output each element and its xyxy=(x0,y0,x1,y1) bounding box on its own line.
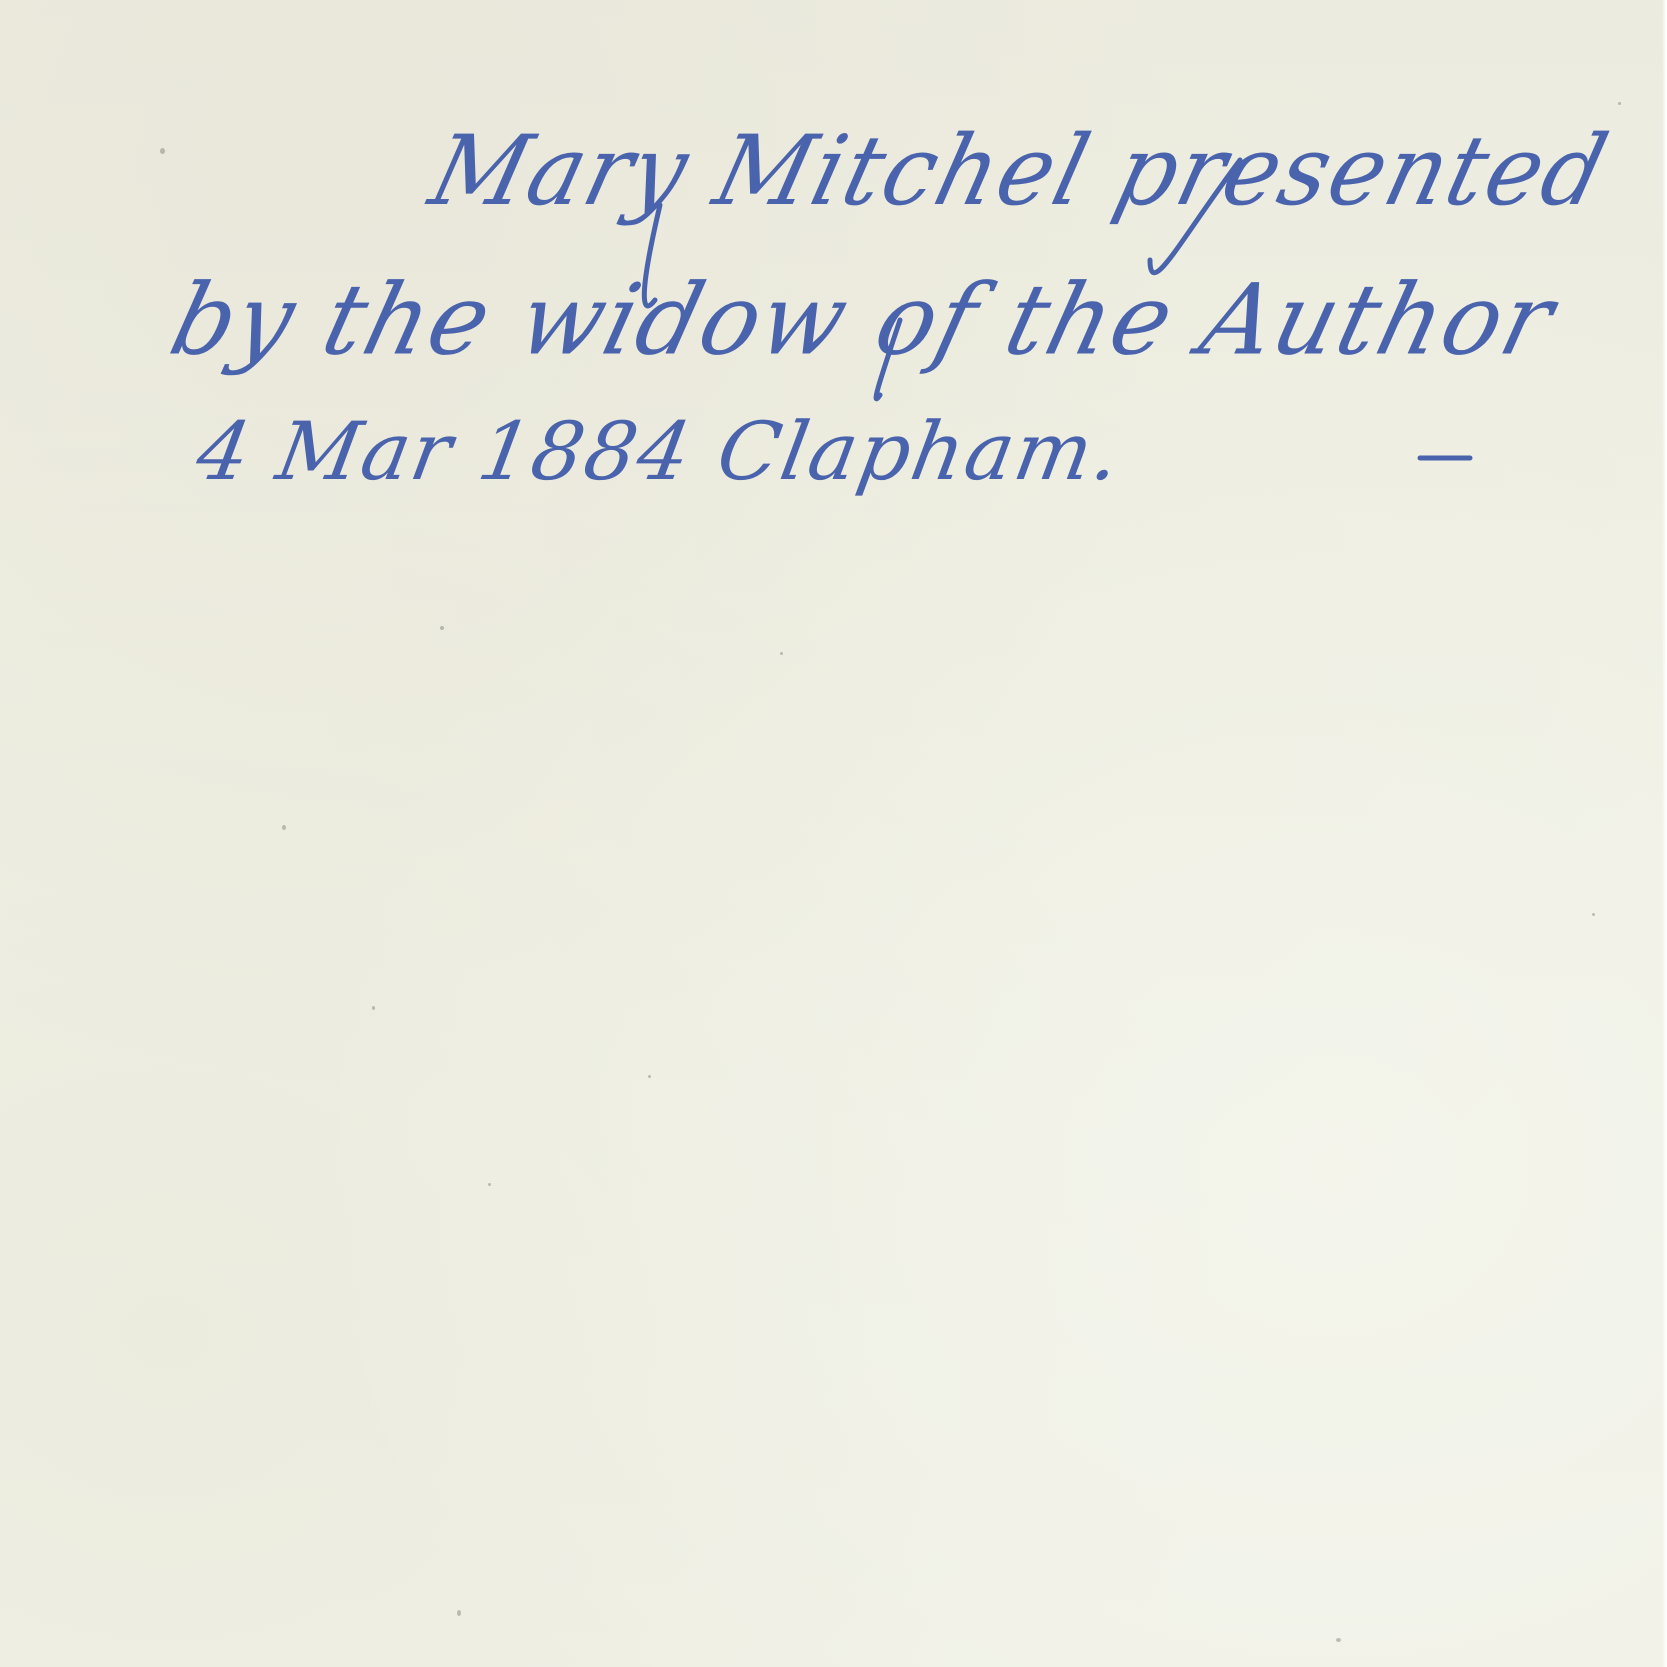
paper-speck xyxy=(440,626,444,630)
handwritten-inscription: Mary Mitchel presented by the widow of t… xyxy=(0,0,1667,600)
paper-speck xyxy=(648,1075,651,1078)
paper-speck xyxy=(488,1183,491,1186)
paper-speck xyxy=(457,1610,461,1616)
paper-speck xyxy=(282,825,286,830)
paper-speck xyxy=(1336,1638,1341,1642)
paper-speck xyxy=(780,652,783,655)
book-flyleaf-page: Mary Mitchel presented by the widow of t… xyxy=(0,0,1667,1667)
page-edge xyxy=(1662,0,1667,1667)
pen-flourish xyxy=(0,0,1667,600)
paper-speck xyxy=(1592,913,1595,916)
paper-speck xyxy=(372,1006,375,1010)
